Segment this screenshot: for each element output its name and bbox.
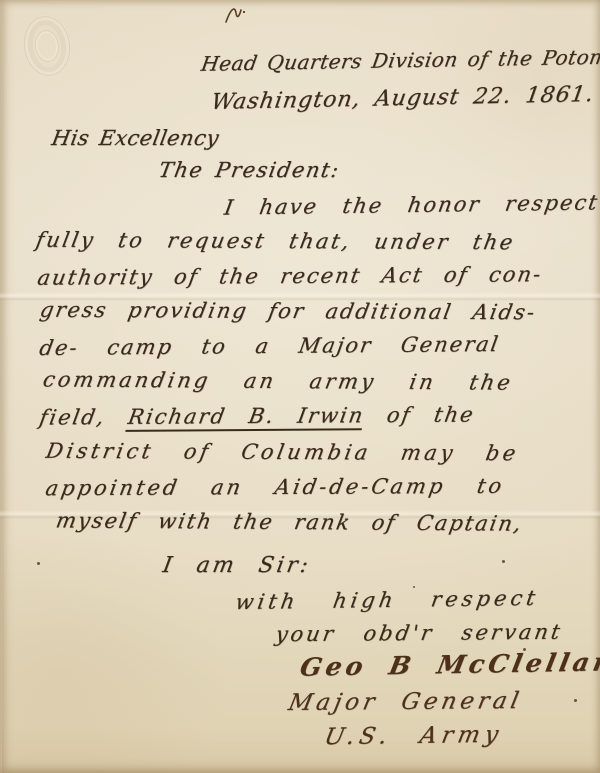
signature-name: Geo B McClellan xyxy=(298,647,600,681)
body-line-5: de- camp to a Major General xyxy=(38,332,502,360)
body-line-4: gress providing for additional Aids- xyxy=(38,298,538,325)
body-line-9: appointed an Aid-de-Camp to xyxy=(44,474,507,500)
body-line-3: authority of the recent Act of con- xyxy=(36,262,545,290)
salutation-line-1: His Excellency xyxy=(50,126,221,150)
body-line-1: I have the honor respect xyxy=(223,190,600,219)
body-line-7-prefix: field, xyxy=(38,405,131,430)
body-line-2: fully to request that, under the xyxy=(34,228,517,255)
heading-place-line: Head Quarters Division of the Potomac xyxy=(199,44,600,76)
closing-line-2: with high respect xyxy=(234,586,541,614)
body-line-7: field, Richard B. Irwin of the xyxy=(38,402,477,429)
embossed-seal-icon xyxy=(20,13,74,79)
signature-rank: Major General xyxy=(286,688,525,716)
ink-mark-icon xyxy=(222,3,252,25)
body-line-8: District of Columbia may be xyxy=(44,439,521,465)
closing-line-1: I am Sir: xyxy=(161,553,313,578)
signature-org: U.S. Army xyxy=(322,722,505,750)
ink-speck xyxy=(413,586,415,588)
ink-speck xyxy=(574,699,577,702)
body-line-10: myself with the rank of Captain, xyxy=(54,508,525,535)
closing-line-3: your obd'r servant xyxy=(274,620,565,646)
ink-speck xyxy=(37,562,40,565)
ink-speck xyxy=(523,648,526,651)
underlined-name: Richard B. Irwin xyxy=(126,403,367,432)
letter-page: Head Quarters Division of the Potomac Wa… xyxy=(0,0,600,773)
salutation-line-2: The President: xyxy=(157,158,342,182)
heading-date-line: Washington, August 22. 1861. xyxy=(209,82,595,115)
body-line-7-suffix: of the xyxy=(362,402,476,427)
ink-speck xyxy=(502,560,505,563)
body-line-6: commanding an army in the xyxy=(41,367,515,394)
